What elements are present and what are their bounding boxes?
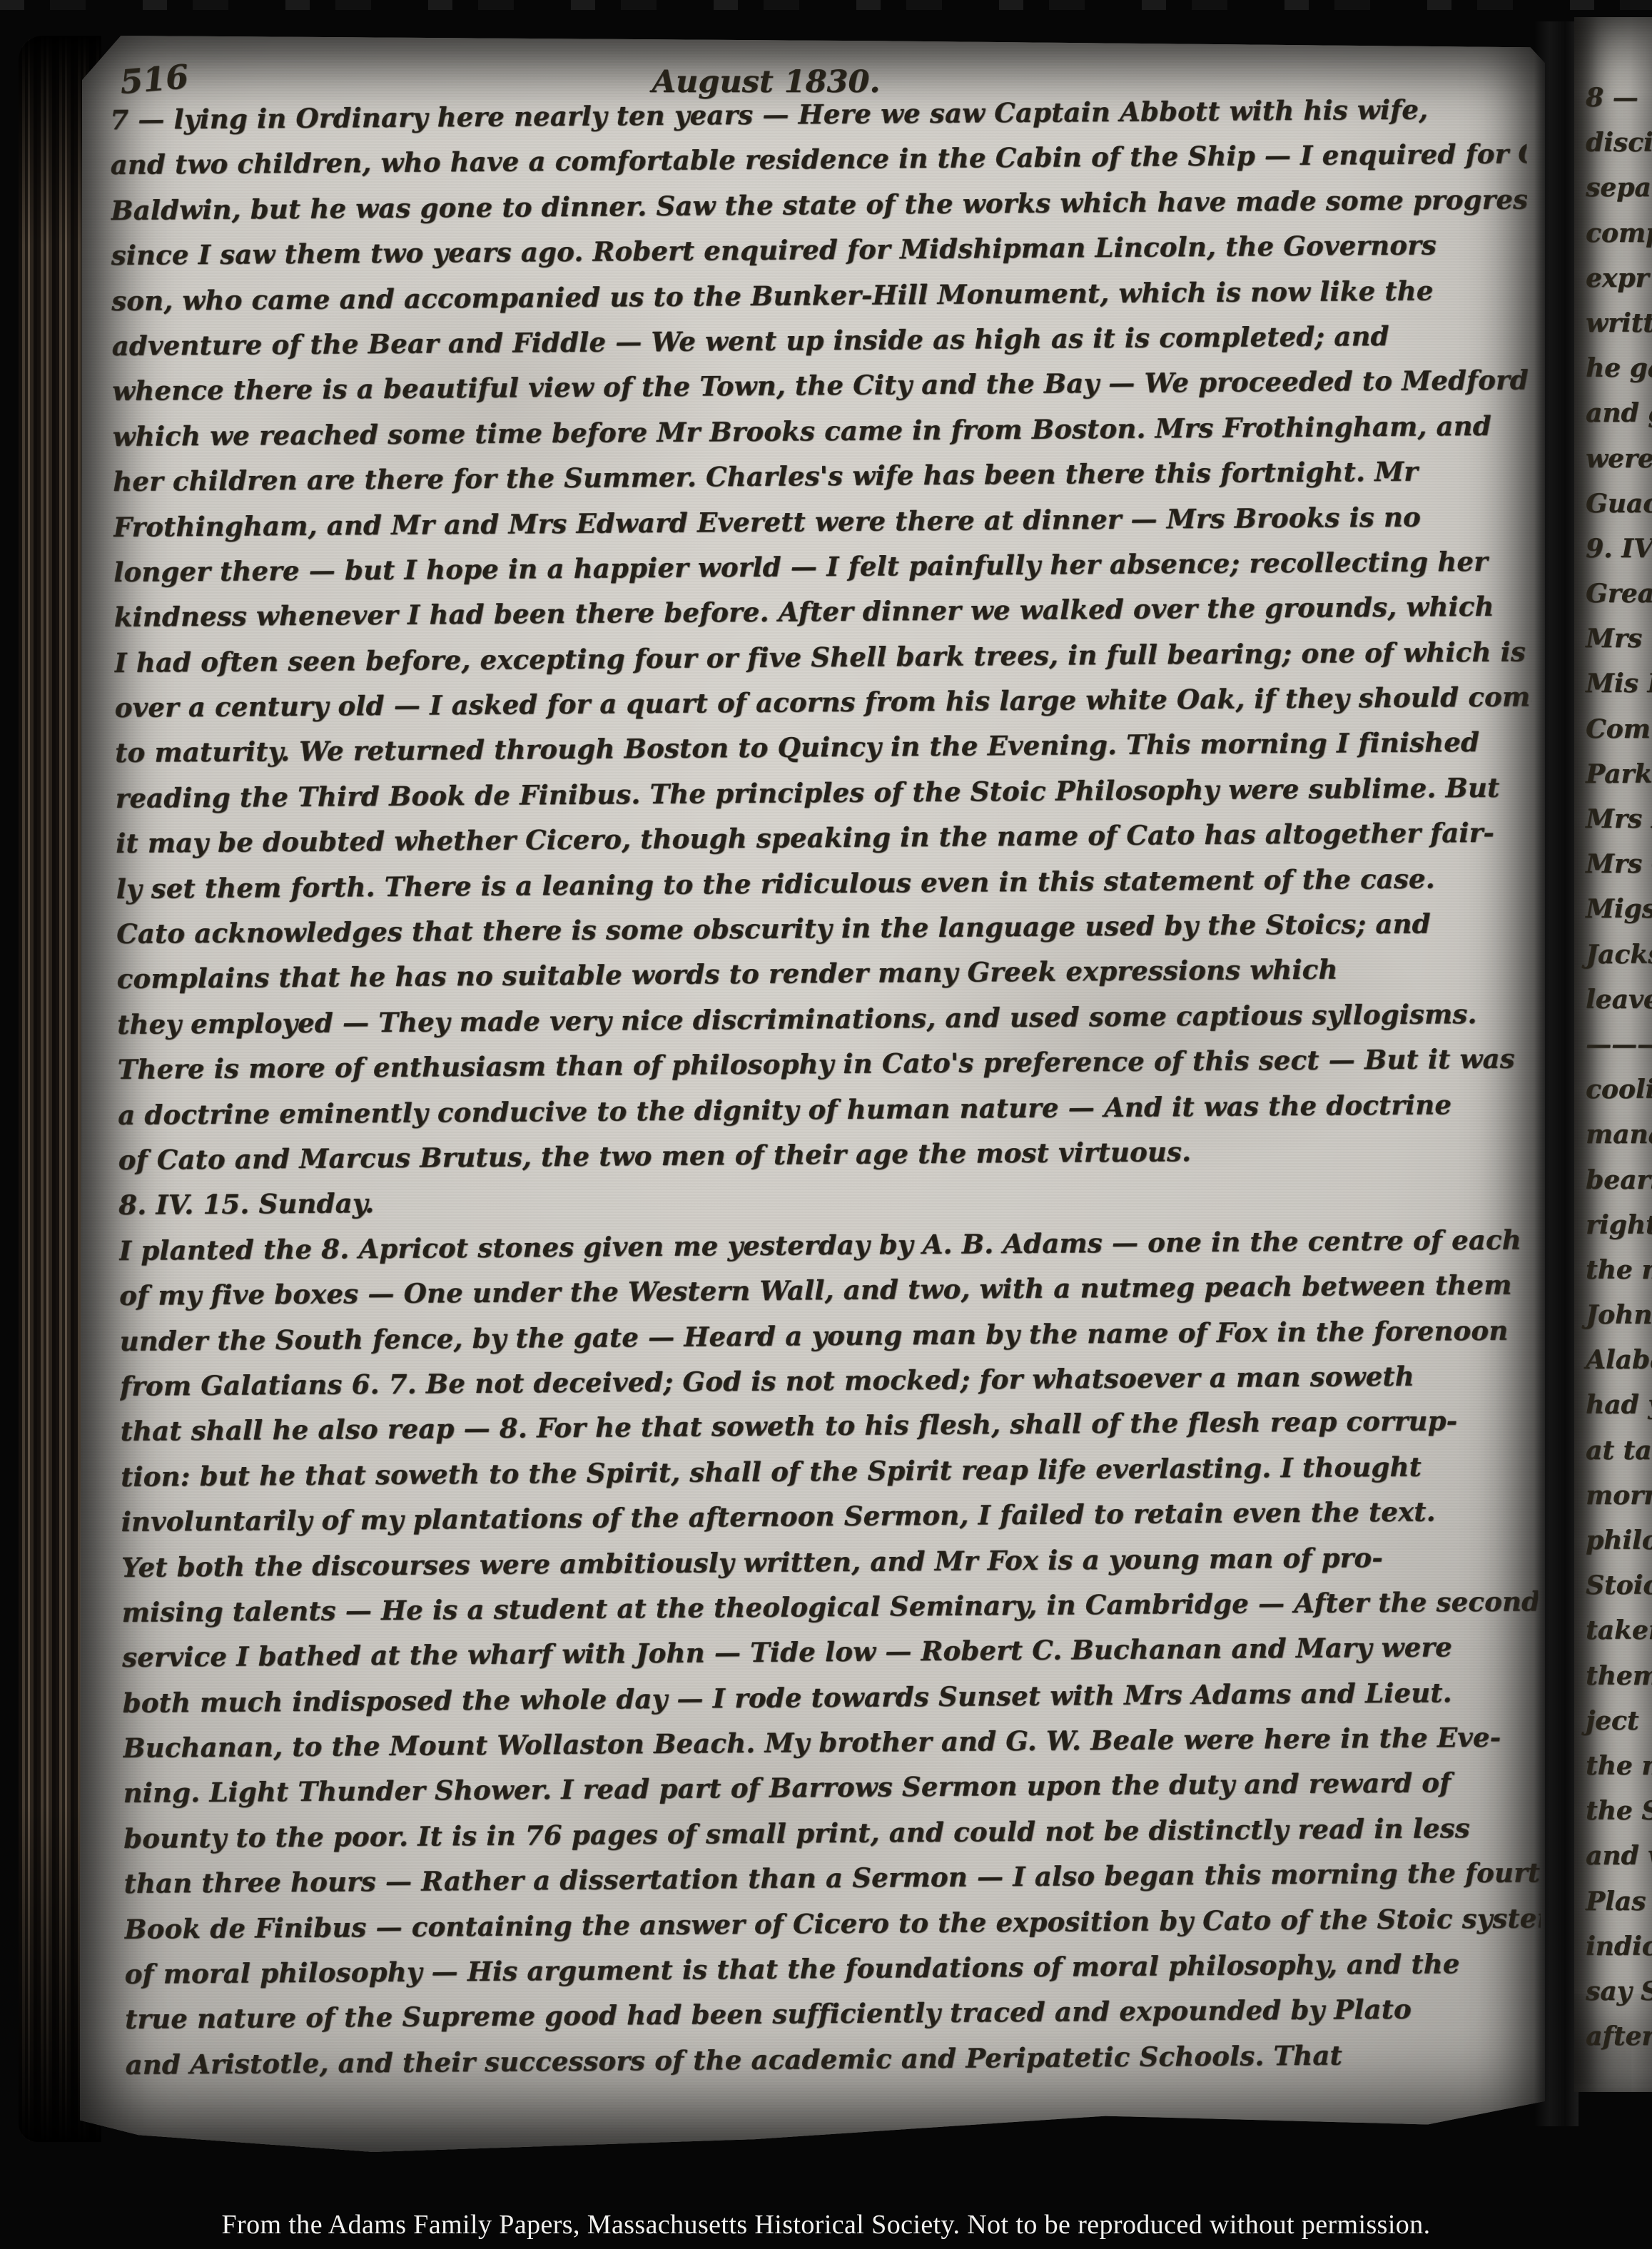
next-page-line: say Si [1586, 1976, 1652, 2021]
next-page-edge: 8 —discisepacompexprwritthe gaand gwereG… [1574, 17, 1652, 2092]
next-page-line: 8 — [1586, 83, 1652, 128]
scanned-manuscript-view: 516 August 1830. 7 — lying in Ordinary h… [0, 0, 1652, 2249]
next-page-line: had ye [1586, 1390, 1652, 1435]
next-page-line: and g [1586, 398, 1652, 443]
next-page-line: right [1586, 1210, 1652, 1255]
next-page-line: morni [1586, 1481, 1652, 1525]
next-page-line: Jacks [1586, 940, 1652, 985]
next-page-line: disci [1586, 128, 1652, 173]
page-gutter-shadow [1534, 21, 1578, 2126]
next-page-line: Mrs [1586, 624, 1652, 669]
next-page-line: Mrs E [1586, 804, 1652, 849]
next-page-line: taken [1586, 1615, 1652, 1660]
next-page-line: the St [1586, 1796, 1652, 1841]
next-page-line: Grea [1586, 579, 1652, 624]
next-page-line: indic [1586, 1931, 1652, 1976]
next-page-line: ——— [1586, 1030, 1652, 1075]
next-page-line: beari [1586, 1165, 1652, 1210]
next-page-line: expr [1586, 263, 1652, 308]
next-page-line: after [1586, 2021, 1652, 2066]
next-page-text-fragments: 8 —discisepacompexprwritthe gaand gwereG… [1586, 83, 1652, 2066]
next-page-line: at ta [1586, 1436, 1652, 1481]
next-page-line: ject [1586, 1706, 1652, 1751]
next-page-line: coolin [1586, 1075, 1652, 1120]
next-page-line: them [1586, 1661, 1652, 1706]
next-page-line: philos [1586, 1525, 1652, 1570]
next-page-line: Mrs G [1586, 849, 1652, 894]
next-page-line: the m [1586, 1255, 1652, 1300]
next-page-line: Plas o [1586, 1887, 1652, 1931]
next-page-line: Alaba [1586, 1345, 1652, 1390]
next-page-line: mana [1586, 1120, 1652, 1164]
next-page-line: Com [1586, 714, 1652, 759]
manuscript-text-block: 7 — lying in Ordinary here nearly ten ye… [110, 93, 1542, 2094]
scan-edge-artifact [0, 0, 1652, 10]
manuscript-page: 516 August 1830. 7 — lying in Ordinary h… [80, 36, 1545, 2152]
next-page-line: were [1586, 444, 1652, 489]
next-page-line: Guac [1586, 489, 1652, 534]
next-page-line: Migs [1586, 894, 1652, 939]
next-page-line: 9. IV: 4 [1586, 534, 1652, 579]
next-page-line: John [1586, 1300, 1652, 1345]
next-page-line: leaves [1586, 985, 1652, 1030]
next-page-line: Stoic [1586, 1570, 1652, 1615]
next-page-line: Mis L [1586, 669, 1652, 714]
credit-line: From the Adams Family Papers, Massachuse… [0, 2209, 1652, 2240]
next-page-line: Park [1586, 759, 1652, 804]
next-page-line: sepa [1586, 173, 1652, 218]
next-page-line: and v [1586, 1841, 1652, 1886]
next-page-line: he ga [1586, 353, 1652, 398]
next-page-line: comp [1586, 218, 1652, 263]
next-page-line: writt [1586, 308, 1652, 353]
next-page-line: the m [1586, 1751, 1652, 1796]
